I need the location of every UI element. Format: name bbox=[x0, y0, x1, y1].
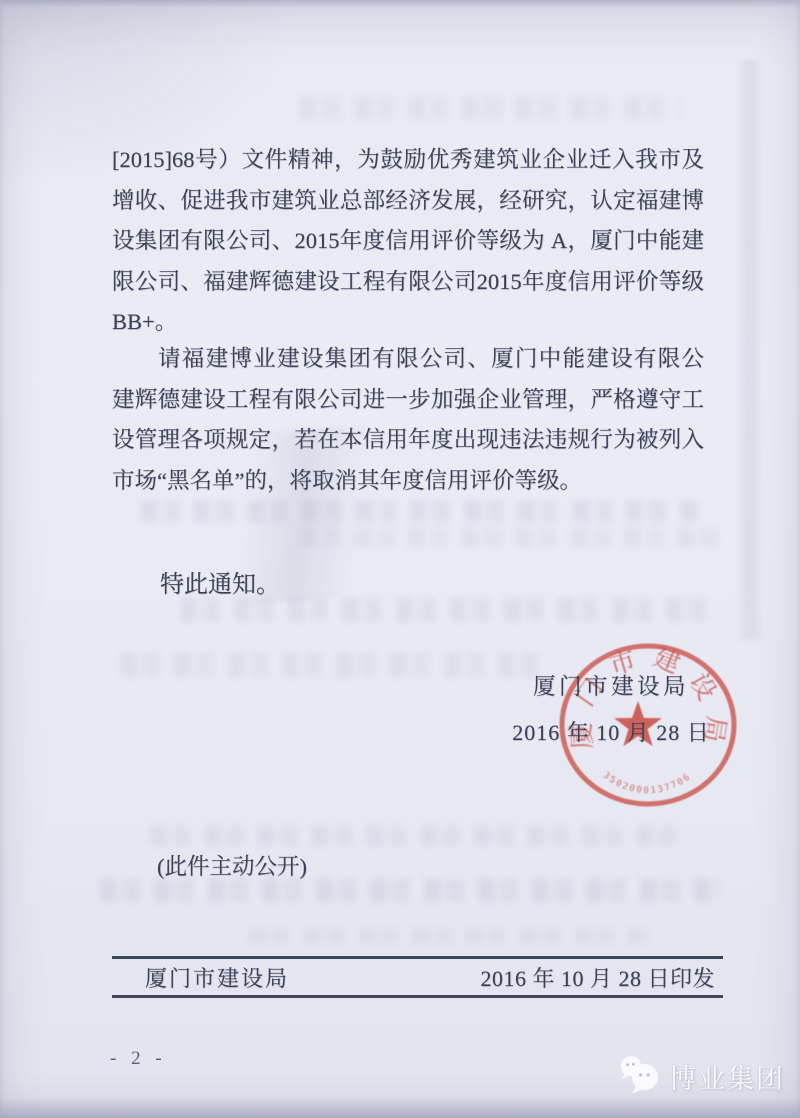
seal-code-text: 3502000137706 bbox=[601, 771, 694, 797]
watermark: 博业集团 bbox=[618, 1054, 785, 1098]
text-line: [2015]68号）文件精神，为鼓励优秀建筑业企业迁入我市及增产 bbox=[112, 140, 704, 181]
text-line: 设管理各项规定，若在本信用年度出现违法违规行为被列入建筑 bbox=[112, 420, 704, 461]
footer-print-date: 2016 年 10 月 28 日印发 bbox=[480, 962, 715, 993]
paper-fold-line bbox=[736, 60, 764, 640]
scanned-notice-page: [2015]68号）文件精神，为鼓励优秀建筑业企业迁入我市及增产 增收、促进我市… bbox=[0, 0, 800, 1118]
wechat-icon bbox=[618, 1054, 664, 1098]
ink-bleedthrough bbox=[140, 500, 700, 522]
ink-bleedthrough bbox=[300, 96, 680, 120]
text-line: 建辉德建设工程有限公司进一步加强企业管理，严格遵守工程建 bbox=[112, 380, 704, 421]
seal-code: 3502000137706 bbox=[601, 771, 694, 797]
page-number: - 2 - bbox=[110, 1048, 167, 1070]
ink-bleedthrough bbox=[300, 527, 720, 547]
paper-edge-shadow-bottom bbox=[0, 1098, 800, 1118]
ink-bleedthrough bbox=[250, 928, 650, 944]
paragraph-2: 请福建博业建设集团有限公司、厦门中能建设有限公司、福 建辉德建设工程有限公司进一… bbox=[112, 339, 704, 501]
disclosure-note: (此件主动公开) bbox=[157, 849, 307, 881]
signing-agency: 厦门市建设局 bbox=[505, 672, 717, 702]
text-line: 限公司、福建辉德建设工程有限公司2015年度信用评价等级为 bbox=[112, 262, 704, 303]
text-line: 增收、促进我市建筑业总部经济发展，经研究，认定福建博业建 bbox=[112, 181, 704, 222]
signature-block: 厦门市建设局 2016 年 10 月 28 日 bbox=[505, 672, 717, 748]
paragraph-1: [2015]68号）文件精神，为鼓励优秀建筑业企业迁入我市及增产 增收、促进我市… bbox=[112, 140, 704, 343]
footer-issuer: 厦门市建设局 bbox=[145, 962, 289, 993]
ink-bleedthrough bbox=[150, 826, 690, 846]
ink-bleedthrough bbox=[180, 598, 720, 622]
signing-date: 2016 年 10 月 28 日 bbox=[505, 718, 717, 748]
watermark-label: 博业集团 bbox=[669, 1057, 785, 1096]
footer-imprint: 厦门市建设局 2016 年 10 月 28 日印发 bbox=[112, 956, 723, 998]
closing-phrase: 特此通知。 bbox=[160, 569, 280, 601]
ink-bleedthrough bbox=[120, 652, 550, 678]
paper-edge-shadow-top bbox=[0, 0, 800, 8]
text-line: 请福建博业建设集团有限公司、厦门中能建设有限公司、福 bbox=[112, 339, 704, 380]
text-line: BB+。 bbox=[112, 302, 704, 343]
ink-bleedthrough bbox=[100, 878, 720, 902]
text-line: 市场“黑名单”的，将取消其年度信用评价等级。 bbox=[112, 461, 704, 502]
text-line: 设集团有限公司、2015年度信用评价等级为 A，厦门中能建设有 bbox=[112, 221, 704, 262]
